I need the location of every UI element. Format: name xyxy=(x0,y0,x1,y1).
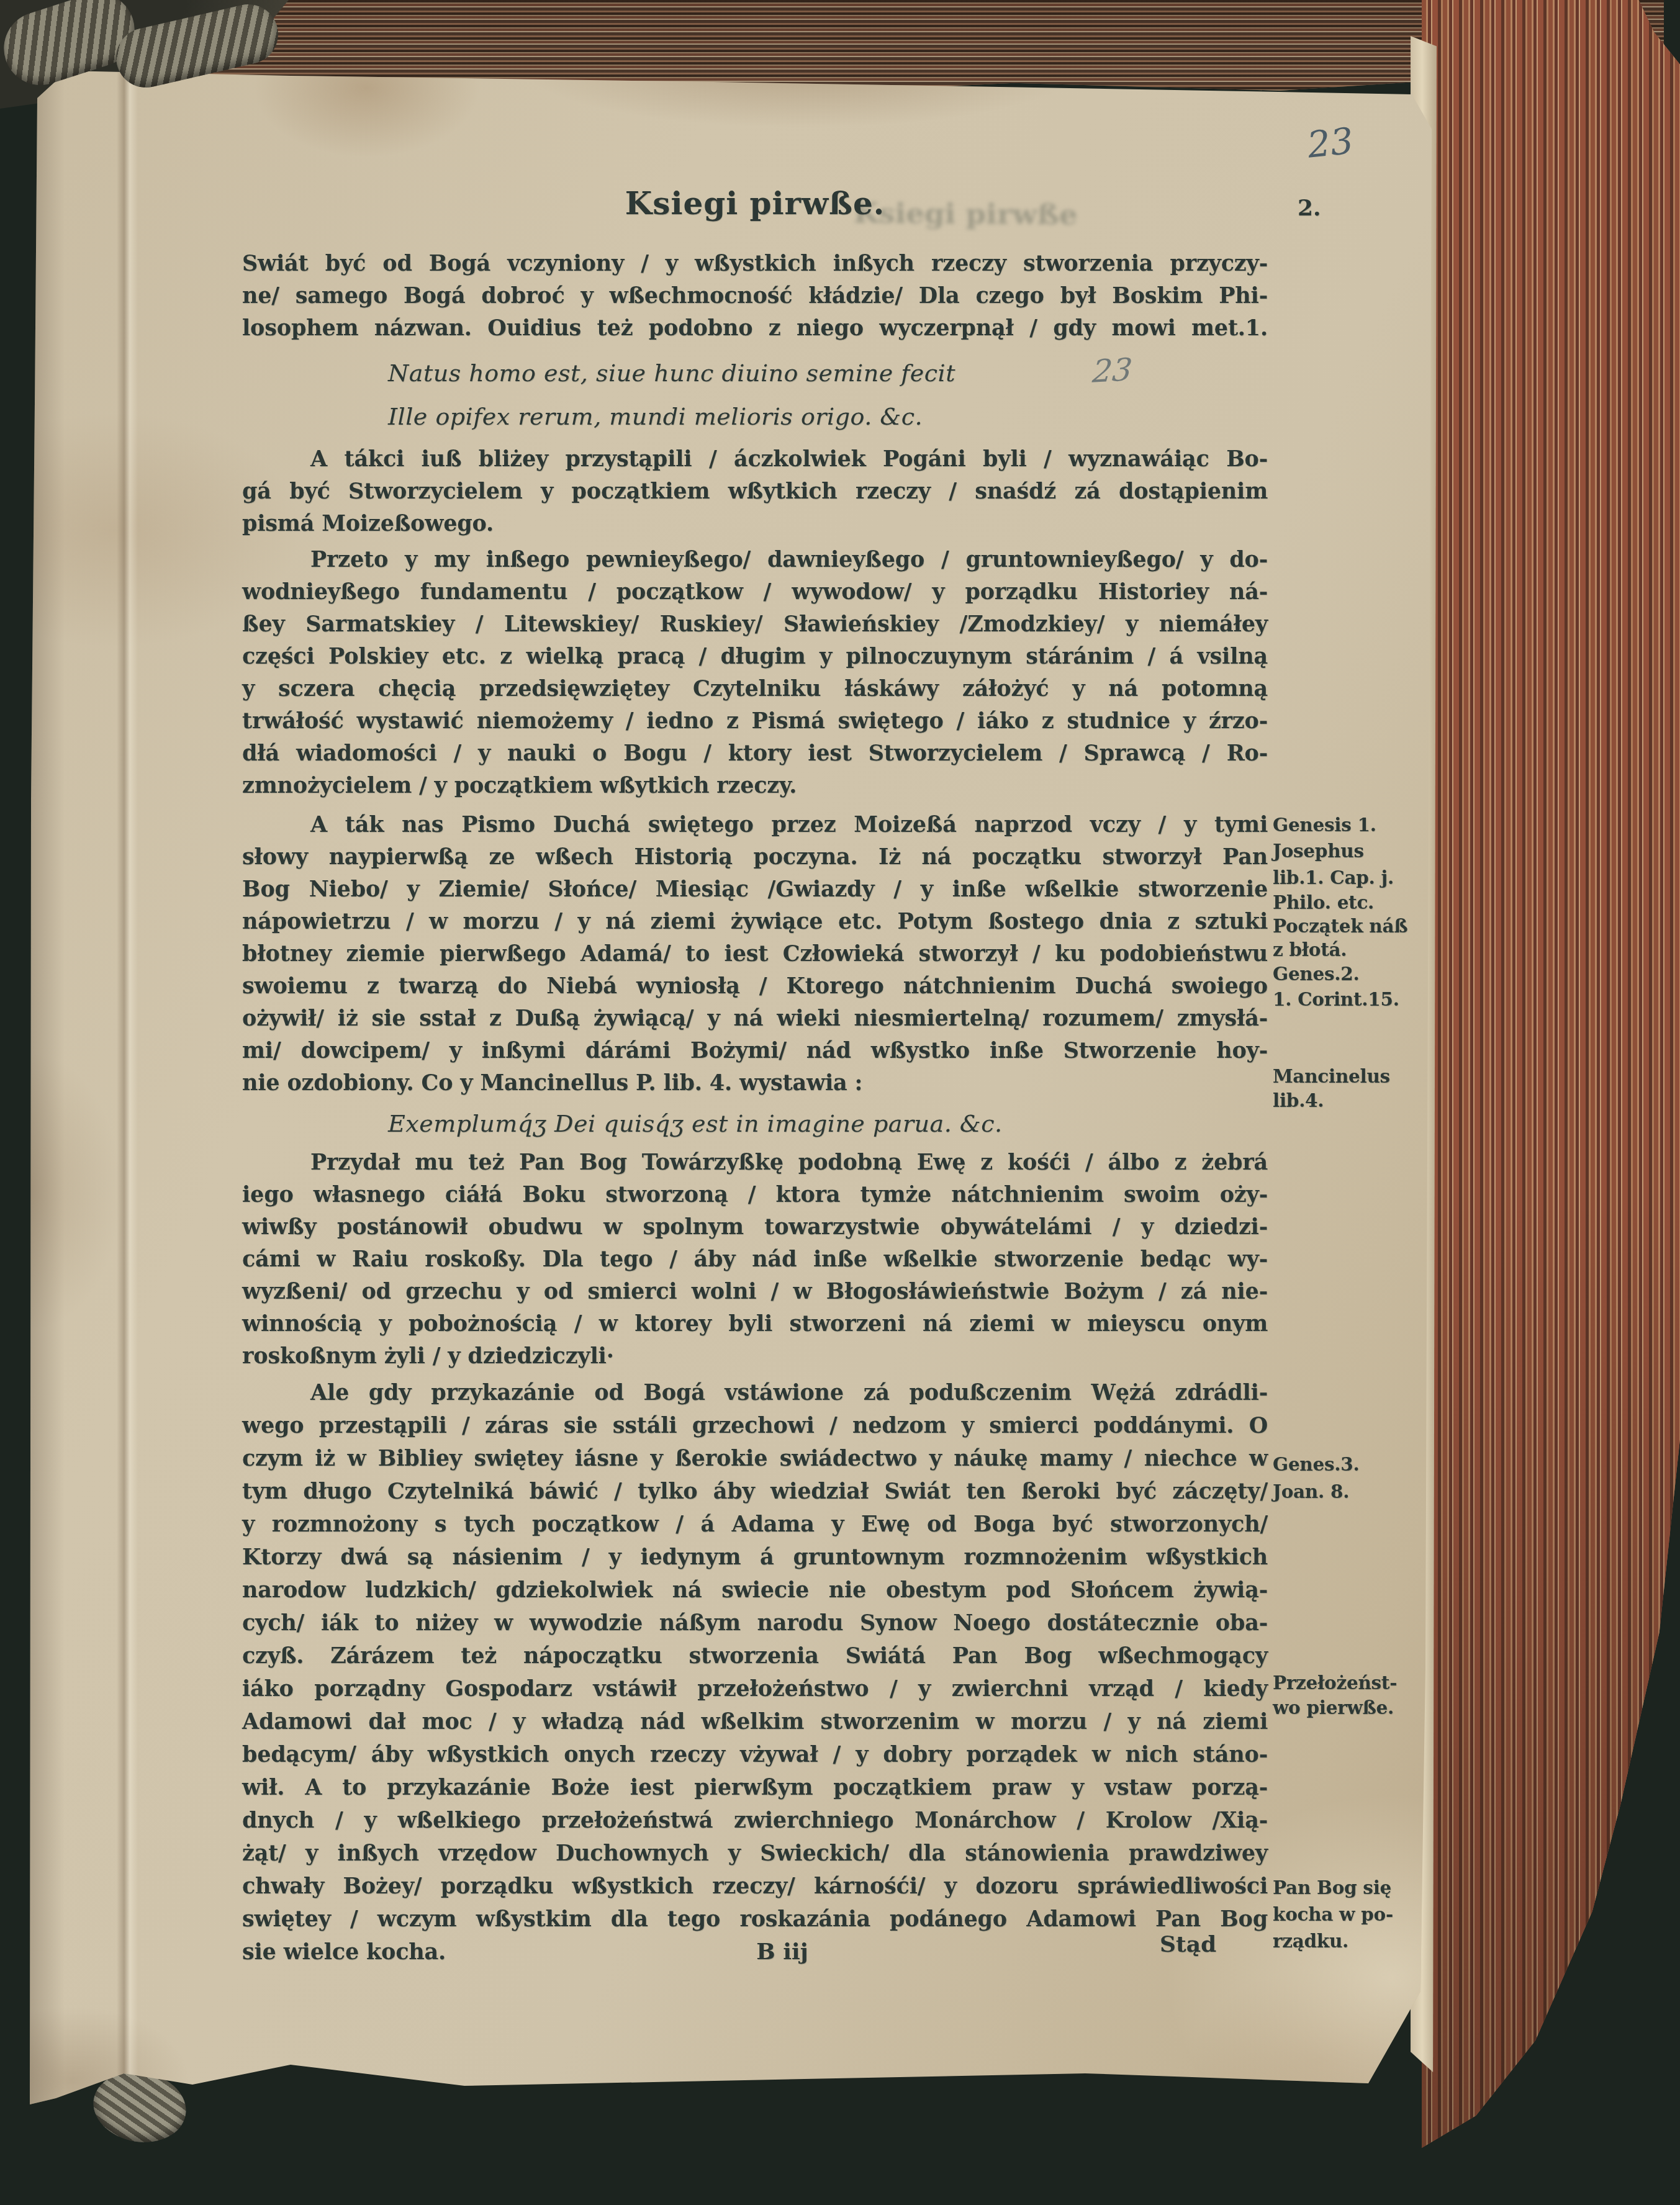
text-line: wodnieyßego fundamentu / początkow / wyw… xyxy=(242,576,1268,608)
paragraph: A ták nas Pismo Duchá swiętego przez Moi… xyxy=(242,809,1268,1099)
text-line: nie ozdobiony. Co y Mancinellus P. lib. … xyxy=(242,1067,1268,1099)
paragraph: A tákci iuß bliżey przystąpili / áczkolw… xyxy=(242,443,1268,540)
text-line: mi/ dowcipem/ y inßymi dárámi Bożymi/ ná… xyxy=(242,1035,1268,1067)
latin-verse: Exemplumq́ʒ Dei quisq́ʒ est in imagine p… xyxy=(242,1107,1268,1140)
text-line: dłá wiadomości / y nauki o Bogu / ktory … xyxy=(242,737,1268,770)
text-line: swiętey / wczym wßystkim dla tego roskaz… xyxy=(242,1903,1268,1936)
book-fore-edge-pages xyxy=(1422,0,1680,2148)
text-line: chwały Bożey/ porządku wßystkich rzeczy/… xyxy=(242,1870,1268,1903)
latin-quote: Exemplumq́ʒ Dei quisq́ʒ est in imagine p… xyxy=(242,1107,1268,1140)
text-line: czyß. Zárázem też nápoczątku stworzenia … xyxy=(242,1639,1268,1672)
text-line: wił. A to przykazánie Boże iest pierwßym… xyxy=(242,1771,1268,1804)
margin-note: Genesis 1. xyxy=(1273,813,1439,837)
text-line: pismá Moizeßowego. xyxy=(242,508,1268,540)
text-line: narodow ludzkich/ gdziekolwiek ná swieci… xyxy=(242,1574,1268,1607)
margin-note: z błotá. xyxy=(1273,937,1439,962)
chapter-heading: Ksiegi pirwße. xyxy=(242,185,1268,222)
text-line: Adamowi dał moc / y władzą nád wßelkim s… xyxy=(242,1705,1268,1738)
text-line: Ktorzy dwá są násienim / y iedynym á gru… xyxy=(242,1541,1268,1574)
margin-note: Josephus xyxy=(1273,839,1439,864)
text-line: tym długo Czytelniká báwić / tylko áby w… xyxy=(242,1475,1268,1508)
paragraph: Ale gdy przykazánie od Bogá vstáwione zá… xyxy=(242,1376,1268,1968)
margin-note: Philo. etc. xyxy=(1273,890,1439,915)
margin-note: Pan Bog się xyxy=(1273,1875,1439,1900)
text-line: Swiát być od Bogá vczyniony / y wßystkic… xyxy=(242,248,1268,280)
text-line: czym iż w Bibliey swiętey iásne y ßeroki… xyxy=(242,1442,1268,1475)
margin-note: wo pierwße. xyxy=(1273,1695,1439,1720)
catchword: Stąd xyxy=(1160,1928,1216,1960)
printed-page-number: 2. xyxy=(1298,195,1321,221)
text-line: nápowietrzu / w morzu / y ná ziemi żywią… xyxy=(242,906,1268,938)
margin-note: Genes.3. xyxy=(1273,1452,1439,1477)
text-line: ne/ samego Bogá dobroć y wßechmocność kł… xyxy=(242,280,1268,312)
text-line: części Polskiey etc. z wielką pracą / dł… xyxy=(242,641,1268,673)
text-line: Bog Niebo/ y Ziemie/ Słońce/ Miesiąc /Gw… xyxy=(242,873,1268,906)
page-fold-crease xyxy=(117,55,138,2122)
text-line: błotney ziemie pierwßego Adamá/ to iest … xyxy=(242,938,1268,970)
text-line: wyzßeni/ od grzechu y od smierci wolni /… xyxy=(242,1276,1268,1308)
text-line: bedącym/ áby wßystkich onych rzeczy vżyw… xyxy=(242,1738,1268,1771)
margin-note: lib.1. Cap. j. xyxy=(1273,865,1439,890)
text-line: y rozmnożony s tych początkow / á Adama … xyxy=(242,1508,1268,1541)
text-line: iáko porządny Gospodarz vstáwił przełoże… xyxy=(242,1672,1268,1705)
margin-note: Joan. 8. xyxy=(1273,1479,1439,1504)
signature-mark: B iij xyxy=(720,1936,844,1968)
text-line: y sczera chęcią przedsięwziętey Czytelni… xyxy=(242,673,1268,705)
paragraph: Przydał mu też Pan Bog Towárzyßkę podobn… xyxy=(242,1147,1268,1373)
margin-note: Mancinelus xyxy=(1273,1064,1439,1089)
scanned-book-page-photo: Ksiegi pirwße Ksiegi pirwße. 2. 23 23 Sw… xyxy=(0,0,1680,2205)
paragraph: Swiát być od Bogá vczyniony / y wßystkic… xyxy=(242,248,1268,345)
text-line: słowy naypierwßą ze wßech Historią poczy… xyxy=(242,841,1268,873)
text-line: gá być Stworzycielem y początkiem wßytki… xyxy=(242,476,1268,508)
margin-note: rządku. xyxy=(1273,1929,1439,1954)
text-line: A ták nas Pismo Duchá swiętego przez Moi… xyxy=(242,809,1268,841)
text-line: wego przestąpili / záras sie sstáli grze… xyxy=(242,1409,1268,1442)
text-line: trwáłość wystawić niemożemy / iedno z Pi… xyxy=(242,705,1268,737)
margin-note: Genes.2. xyxy=(1273,962,1439,986)
text-line: Przeto y my inßego pewnieyßego/ dawnieyß… xyxy=(242,544,1268,576)
text-line: iego własnego ciáłá Boku stworzoną / kto… xyxy=(242,1179,1268,1211)
latin-verse: Natus homo est, siue hunc diuino semine … xyxy=(242,357,1268,389)
paragraph: Przeto y my inßego pewnieyßego/ dawnieyß… xyxy=(242,544,1268,802)
handwritten-folio-number: 23 xyxy=(1306,119,1356,166)
text-line: losophem názwan. Ouidius też podobno z n… xyxy=(242,312,1268,345)
text-line: cych/ iák to niżey w wywodzie náßym naro… xyxy=(242,1607,1268,1639)
text-line: zmnożycielem / y początkiem wßytkich rze… xyxy=(242,770,1268,802)
text-line: ßey Sarmatskiey / Litewskiey/ Ruskiey/ S… xyxy=(242,608,1268,641)
text-line: cámi w Raiu roskoßy. Dla tego / áby nád … xyxy=(242,1243,1268,1276)
text-line: żąt/ y inßych vrzędow Duchownych y Swiec… xyxy=(242,1837,1268,1870)
margin-note: Przełożeńst- xyxy=(1273,1671,1439,1695)
gutter-shadow xyxy=(30,55,65,2122)
text-line: Przydał mu też Pan Bog Towárzyßkę podobn… xyxy=(242,1147,1268,1179)
text-line: Ale gdy przykazánie od Bogá vstáwione zá… xyxy=(242,1376,1268,1409)
text-line: roskoßnym żyli / y dziedziczyli· xyxy=(242,1340,1268,1373)
latin-quote: Ille opifex rerum, mundi melioris origo.… xyxy=(242,400,1268,433)
text-line: swoiemu z twarzą do Niebá wyniosłą / Kto… xyxy=(242,970,1268,1003)
latin-quote: Natus homo est, siue hunc diuino semine … xyxy=(242,357,1268,389)
text-line: A tákci iuß bliżey przystąpili / áczkolw… xyxy=(242,443,1268,476)
margin-note: kocha w po- xyxy=(1273,1902,1439,1927)
margin-note: lib.4. xyxy=(1273,1088,1439,1113)
margin-note: 1. Corint.15. xyxy=(1273,987,1439,1012)
main-text-block: Swiát być od Bogá vczyniony / y wßystkic… xyxy=(242,248,1268,1968)
margin-note: Początek náß xyxy=(1273,914,1439,939)
latin-verse: Ille opifex rerum, mundi melioris origo.… xyxy=(242,400,1268,433)
text-line: wiwßy postánowił obudwu w spolnym towarz… xyxy=(242,1211,1268,1243)
text-line: ożywił/ iż sie sstał z Dußą żywiącą/ y n… xyxy=(242,1003,1268,1035)
text-line: winnością y pobożnością / w ktorey byli … xyxy=(242,1308,1268,1340)
text-line: dnych / y wßelkiego przełożeństwá zwierc… xyxy=(242,1804,1268,1837)
